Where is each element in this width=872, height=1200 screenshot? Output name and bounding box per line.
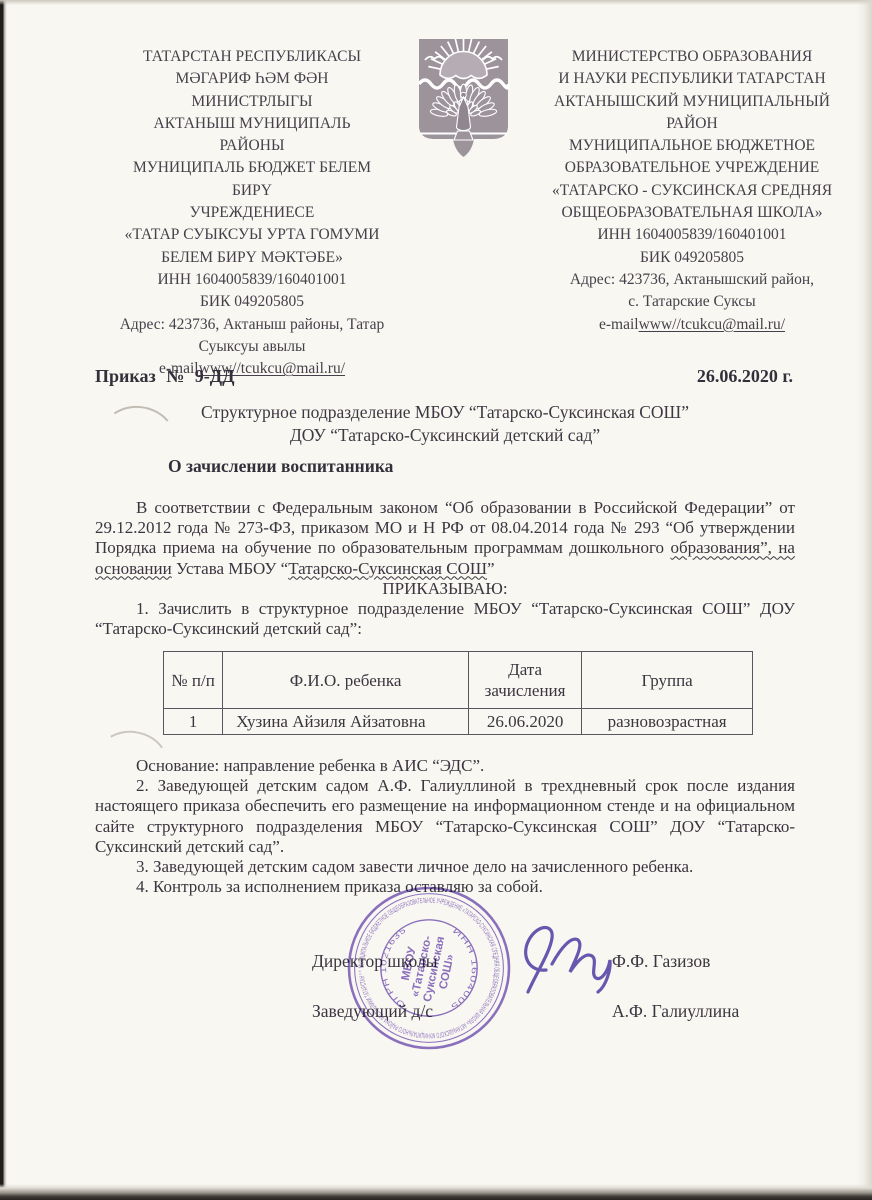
preamble-underlined-text: Татарско-Суксинская СОШ (288, 559, 487, 578)
order-subtitle: Структурное подразделение МБОУ “Татарско… (95, 401, 795, 446)
aktanysh-coat-of-arms (413, 37, 514, 170)
table-row: 1 Хузина Айзиля Айзатовна 26.06.2020 раз… (164, 709, 753, 735)
org-line: ОБРАЗОВАТЕЛЬНОЕ УЧРЕЖДЕНИЕ (522, 157, 862, 179)
cell-child-name: Хузина Айзиля Айзатовна (223, 709, 469, 735)
org-inn: ИНН 1604005839/160401001 (86, 269, 418, 291)
handwritten-signature (512, 908, 624, 1012)
org-line: РАЙОН (522, 113, 862, 135)
order-preamble: В соответствии с Федеральным законом “Об… (95, 498, 795, 639)
scanned-order-document: ТАТАРСТАН РЕСПУБЛИКАСЫ МӘГАРИФ ҺӘМ ФӘН М… (0, 0, 872, 1200)
org-line: ТАТАРСТАН РЕСПУБЛИКАСЫ (86, 46, 418, 68)
preamble-text: Устава МБОУ “ (172, 559, 289, 578)
cell-group: разновозрастная (582, 709, 753, 735)
letterhead-tatar-column: ТАТАРСТАН РЕСПУБЛИКАСЫ МӘГАРИФ ҺӘМ ФӘН М… (86, 46, 418, 380)
org-line: МУНИЦИПАЛЬНОЕ БЮДЖЕТНОЕ (522, 135, 862, 157)
enrollment-table: № п/п Ф.И.О. ребенка Дата зачисления Гру… (163, 651, 753, 735)
order-items: Основание: направление ребенка в АИС “ЭД… (95, 756, 795, 897)
org-line: «ТАТАР СУЫКСУЫ УРТА ГОМУМИ (86, 224, 418, 246)
signer-name: А.Ф. Галиуллина (612, 1001, 739, 1022)
scan-edge-right (856, 0, 872, 1200)
org-line: БИРҮ (86, 180, 418, 202)
subtitle-line: Структурное подразделение МБОУ “Татарско… (95, 401, 795, 424)
column-header-group: Группа (582, 652, 753, 709)
org-line: РАЙОНЫ (86, 135, 418, 157)
org-address: с. Татарские Суксы (522, 291, 862, 313)
order-title-row: Приказ № 9-ДД 26.06.2020 г. (95, 366, 793, 387)
org-bik: БИК 049205805 (522, 247, 862, 269)
cell-row-number: 1 (164, 709, 223, 735)
subtitle-line: ДОУ “Татарско-Суксинский детский сад” (95, 424, 795, 447)
column-header-number: № п/п (164, 652, 223, 709)
org-line: МИНИСТРЛЫГЫ (86, 91, 418, 113)
column-header-enroll-date: Дата зачисления (468, 652, 581, 709)
email-label: e-mail (599, 316, 639, 333)
order-basis: Основание: направление ребенка в АИС “ЭД… (95, 756, 795, 776)
org-line: БЕЛЕМ БИРҮ МӘКТӘБЕ» (86, 247, 418, 269)
org-bik: БИК 049205805 (86, 291, 418, 313)
preamble-paragraph: В соответствии с Федеральным законом “Об… (95, 498, 795, 579)
org-line: АКТАНЫШСКИЙ МУНИЦИПАЛЬНЫЙ (522, 91, 862, 113)
org-line: ОБЩЕОБРАЗОВАТЕЛЬНАЯ ШКОЛА» (522, 202, 862, 224)
order-item-1: 1. Зачислить в структурное подразделение… (95, 599, 795, 639)
org-address: Суыксуы авылы (86, 336, 418, 358)
letterhead-russian-column: МИНИСТЕРСТВО ОБРАЗОВАНИЯ И НАУКИ РЕСПУБЛ… (522, 46, 862, 336)
scan-edge-left (0, 0, 7, 1200)
org-line: УЧРЕЖДЕНИЕСЕ (86, 202, 418, 224)
order-date: 26.06.2020 г. (697, 366, 793, 387)
resolve-word: ПРИКАЗЫВАЮ: (95, 579, 795, 599)
org-line: АКТАНЫШ МУНИЦИПАЛЬ (86, 113, 418, 135)
scan-edge-top (0, 0, 872, 5)
org-line: И НАУКИ РЕСПУБЛИКИ ТАТАРСТАН (522, 68, 862, 90)
official-round-stamp: МУНИЦИПАЛЬНОЕ БЮДЖЕТНОЕ ОБЩЕОБРАЗОВАТЕЛЬ… (343, 882, 515, 1054)
org-line: «ТАТАРСКО - СУКСИНСКАЯ СРЕДНЯЯ (522, 180, 862, 202)
order-item-2: 2. Заведующей детским садом А.Ф. Галиулл… (95, 776, 795, 857)
org-line: МУНИЦИПАЛЬ БЮДЖЕТ БЕЛЕМ (86, 157, 418, 179)
email-address: www//tcukcu@mail.ru/ (639, 316, 785, 333)
order-subject-heading: О зачислении воспитанника (168, 456, 393, 477)
org-line: МИНИСТЕРСТВО ОБРАЗОВАНИЯ (522, 46, 862, 68)
column-header-child-name: Ф.И.О. ребенка (223, 652, 469, 709)
signer-name: Ф.Ф. Газизов (612, 951, 710, 972)
preamble-text: ” (487, 559, 495, 578)
pedestal (454, 131, 473, 140)
org-address: Адрес: 423736, Актанышский район, (522, 269, 862, 291)
scan-edge-bottom (0, 1184, 872, 1200)
order-item-3: 3. Заведующей детским садом завести личн… (95, 857, 795, 877)
org-inn: ИНН 1604005839/160401001 (522, 224, 862, 246)
org-email: e-mailwww//tcukcu@mail.ru/ (522, 314, 862, 336)
order-number: Приказ № 9-ДД (95, 366, 235, 387)
table-header-row: № п/п Ф.И.О. ребенка Дата зачисления Гру… (164, 652, 753, 709)
cell-enroll-date: 26.06.2020 (468, 709, 581, 735)
org-line: МӘГАРИФ ҺӘМ ФӘН (86, 68, 418, 90)
org-address: Адрес: 423736, Актаныш районы, Татар (86, 314, 418, 336)
